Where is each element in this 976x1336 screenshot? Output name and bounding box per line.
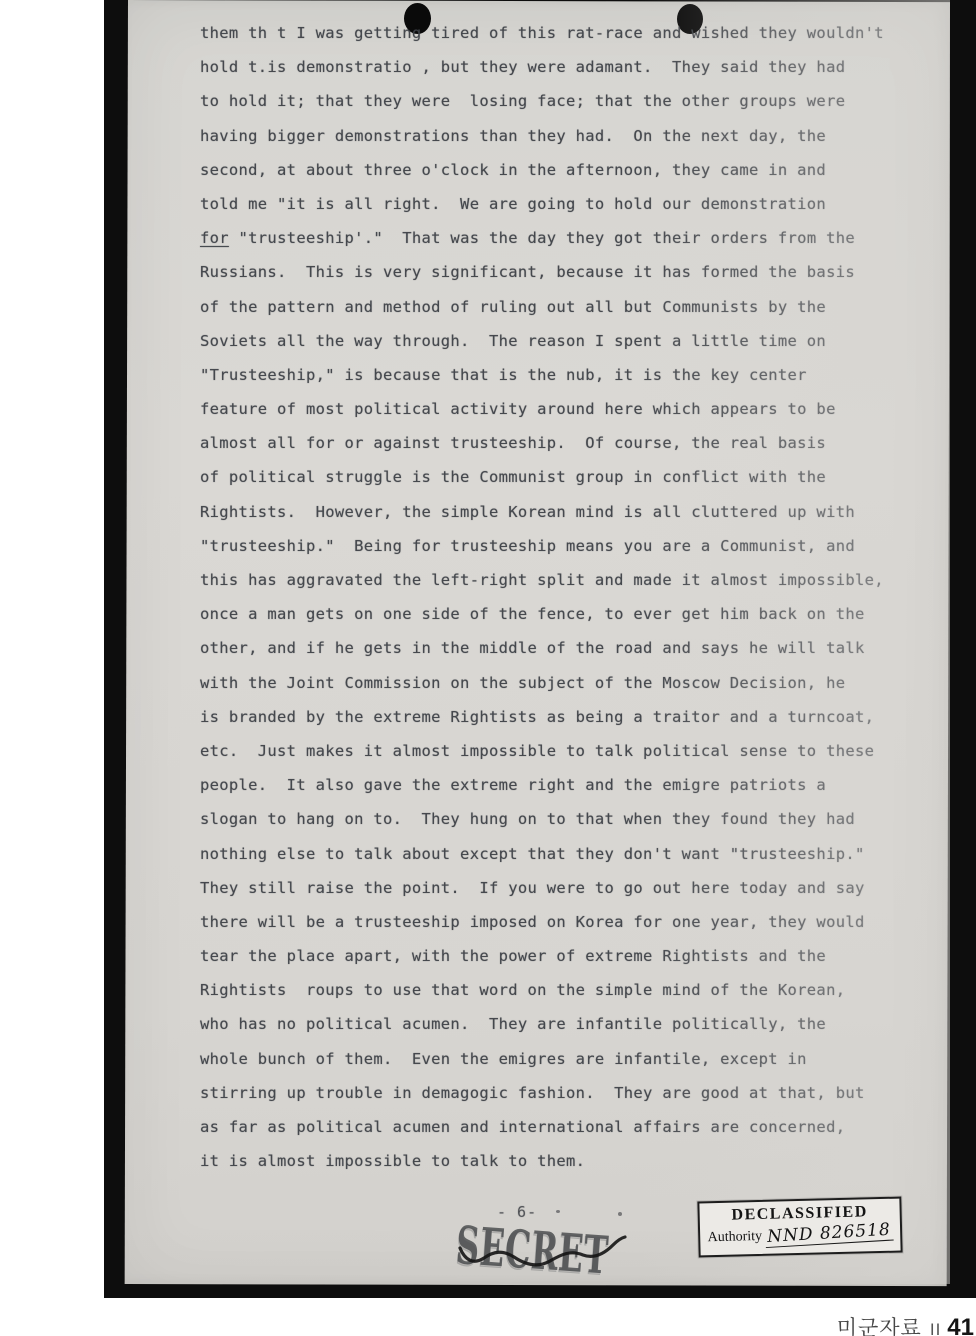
typed-line: with the Joint Commission on the subject… — [200, 666, 912, 700]
typed-line: They still raise the point. If you were … — [200, 871, 912, 905]
typed-line: as far as political acumen and internati… — [200, 1110, 912, 1144]
typed-line: tear the place apart, with the power of … — [200, 939, 912, 973]
typed-line: second, at about three o'clock in the af… — [200, 153, 912, 187]
typed-line: slogan to hang on to. They hung on to th… — [200, 802, 912, 836]
typed-line: whole bunch of them. Even the emigres ar… — [200, 1042, 912, 1076]
typed-line: stirring up trouble in demagogic fashion… — [200, 1076, 912, 1110]
caption-number: 41 — [947, 1314, 974, 1336]
typed-text: them th t I was getting tired of this ra… — [200, 16, 912, 1178]
typed-line: them th t I was getting tired of this ra… — [200, 16, 912, 50]
typed-line: there will be a trusteeship imposed on K… — [200, 905, 912, 939]
typed-line: once a man gets on one side of the fence… — [200, 597, 912, 631]
typed-line: of the pattern and method of ruling out … — [200, 290, 912, 324]
typed-line: etc. Just makes it almost impossible to … — [200, 734, 912, 768]
declassified-stamp: DECLASSIFIED AuthorityNND 826518 — [697, 1197, 902, 1258]
page-caption: 미군자료II41 — [837, 1312, 974, 1336]
typed-line: for "trusteeship'." That was the day the… — [200, 221, 912, 255]
declassified-authority-label: Authority — [707, 1229, 762, 1245]
typed-line: other, and if he gets in the middle of t… — [200, 631, 912, 665]
declassified-authority-number: NND 826518 — [765, 1220, 894, 1249]
secret-stamp: SECRET — [454, 1220, 575, 1280]
caption-separator: II — [930, 1320, 941, 1336]
typed-line: people. It also gave the extreme right a… — [200, 768, 912, 802]
ink-speck — [556, 1210, 560, 1213]
typed-line: to hold it; that they were losing face; … — [200, 84, 912, 118]
typed-line: it is almost impossible to talk to them. — [200, 1144, 912, 1178]
typed-line: "trusteeship." Being for trusteeship mea… — [200, 529, 912, 563]
typed-line: Rightists. However, the simple Korean mi… — [200, 495, 912, 529]
typed-line: hold t.is demonstratio , but they were a… — [200, 50, 912, 84]
typed-line: of political struggle is the Communist g… — [200, 460, 912, 494]
typed-line: this has aggravated the left-right split… — [200, 563, 912, 597]
typed-line: Russians. This is very significant, beca… — [200, 255, 912, 289]
typed-line: nothing else to talk about except that t… — [200, 837, 912, 871]
typed-line: told me "it is all right. We are going t… — [200, 187, 912, 221]
typed-line: is branded by the extreme Rightists as b… — [200, 700, 912, 734]
scanned-document-page: { "colors": { "paper": "#d7d5d1", "scan_… — [0, 0, 976, 1336]
typed-line: almost all for or against trusteeship. O… — [200, 426, 912, 460]
typed-line: Rightists roups to use that word on the … — [200, 973, 912, 1007]
typed-line: "Trusteeship," is because that is the nu… — [200, 358, 912, 392]
typed-line: having bigger demonstrations than they h… — [200, 119, 912, 153]
declassified-authority: AuthorityNND 826518 — [700, 1222, 900, 1248]
typed-line: feature of most political activity aroun… — [200, 392, 912, 426]
typed-line: Soviets all the way through. The reason … — [200, 324, 912, 358]
caption-label: 미군자료 — [837, 1317, 922, 1336]
typed-line: who has no political acumen. They are in… — [200, 1007, 912, 1041]
ink-speck — [618, 1212, 622, 1216]
